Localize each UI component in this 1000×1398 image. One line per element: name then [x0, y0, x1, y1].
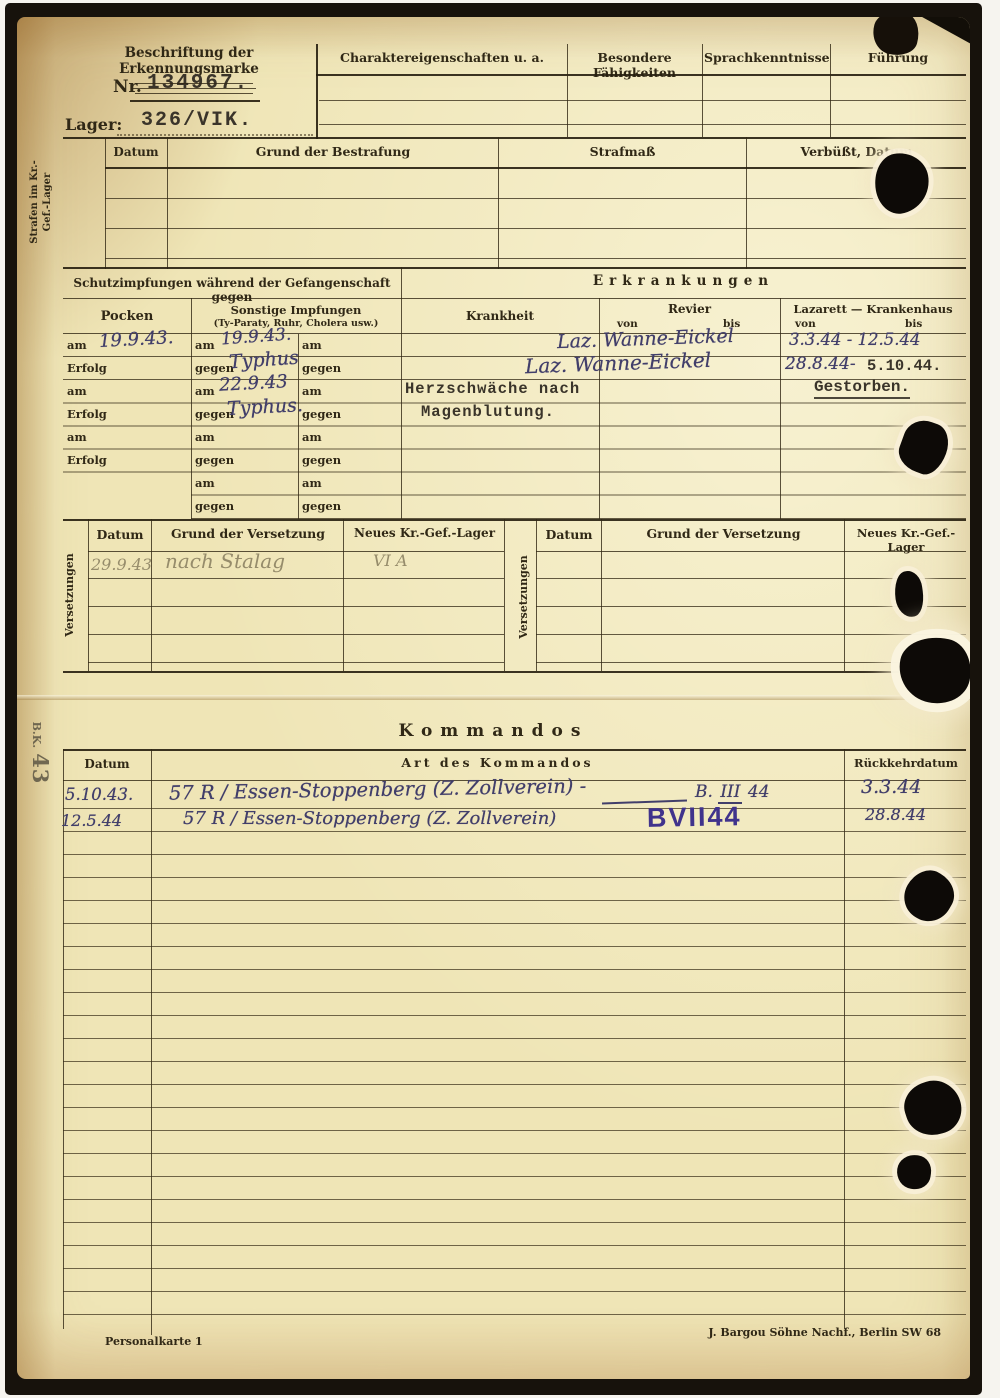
versetzung-neues-entry: VI A: [373, 551, 408, 570]
sonstige1-r5-label: am: [195, 430, 215, 444]
ruled-lines: [63, 786, 966, 1316]
lazarett-entry-2-hand: 28.8.44-: [785, 354, 856, 374]
sonstige2-r7-label: am: [302, 476, 322, 490]
sonstige2-r1-label: am: [302, 338, 322, 352]
lazarett-header: Lazarett — Krankenhaus: [780, 302, 966, 316]
versetzungen-left-grund-header: Grund der Versetzung: [153, 526, 343, 541]
table-border: [504, 519, 505, 671]
pocken-r4-label: Erfolg: [67, 407, 107, 421]
kommandos-art-header: Art des Kommandos: [153, 755, 842, 770]
versetzungen-left-side-label: Versetzungen: [63, 545, 83, 645]
column-divider: [567, 44, 568, 137]
pocken-r1-label: am: [67, 338, 87, 352]
kommandos-datum-header: Datum: [64, 757, 150, 771]
scanned-document: { "card": { "margin_stamp_small": "B.K."…: [0, 0, 1000, 1398]
dotted-line: [117, 117, 313, 136]
section-divider: [63, 519, 966, 521]
strike-line: [135, 83, 253, 84]
table-border: [316, 44, 318, 139]
krankheit-line1: Herzschwäche nach: [405, 380, 580, 398]
section-divider: [63, 267, 966, 269]
note-prefix: B.: [695, 782, 713, 802]
impfung-date-2: 22.9.43: [218, 371, 288, 396]
sonstige1-r3-label: am: [195, 384, 215, 398]
pocken-date-entry: 19.9.43.: [99, 327, 174, 352]
column-divider: [702, 44, 703, 137]
kommando-row1-note: B. III 44: [695, 782, 770, 802]
underline: [130, 100, 260, 102]
strafen-side-label: Strafen im Kr.-Gef.-Lager: [29, 147, 63, 257]
kommando-row2-art: 57 R / Essen-Stoppenberg (Z. Zollverein): [183, 808, 556, 829]
sonstige2-r3-label: am: [302, 384, 322, 398]
versetzung-grund-entry: nach Stalag: [165, 549, 285, 573]
lazarett-entry-1: 3.3.44 - 12.5.44: [789, 330, 921, 349]
strafen-strafmass-header: Strafmaß: [500, 144, 745, 159]
sonstige1-r7-label: am: [195, 476, 215, 490]
sonstige-subheader: (Ty-Paraty, Ruhr, Cholera usw.): [191, 318, 401, 329]
erkrankungen-title: Erkrankungen: [401, 273, 966, 289]
kommando-row1-rueckkehr: 3.3.44: [861, 776, 921, 798]
lazarett-von-label: von: [795, 318, 816, 330]
rule-line: [63, 298, 966, 299]
kommando-row2-rueckkehr: 28.8.44: [865, 805, 926, 824]
bvii44-stamp: BVII44: [647, 801, 742, 834]
krankheit-line2: Magenblutung.: [421, 403, 555, 421]
sonstige2-r6-label: gegen: [302, 453, 341, 467]
versetzungen-right-side-label: Versetzungen: [517, 547, 537, 647]
sonstige2-r2-label: gegen: [302, 361, 341, 375]
ruled-lines: [319, 77, 966, 127]
section-divider: [63, 671, 966, 673]
section-divider: [63, 137, 966, 139]
versetzungen-right-datum-header: Datum: [537, 527, 601, 542]
kommandos-rueckkehr-header: Rückkehrdatum: [846, 756, 966, 770]
versetzungen-left-neues-header: Neues Kr.-Gef.-Lager: [345, 526, 504, 540]
rule-line: [63, 749, 966, 751]
sonstige2-r8-label: gegen: [302, 499, 341, 513]
rule-line: [316, 74, 966, 76]
versetzungen-right-grund-header: Grund der Versetzung: [603, 526, 844, 541]
strafen-grund-header: Grund der Bestrafung: [169, 144, 497, 159]
fold-crease: [17, 695, 970, 700]
versetzungen-right-neues-header: Neues Kr.-Gef.-Lager: [846, 526, 966, 554]
note-suffix: 44: [748, 782, 770, 802]
kommandos-title: Kommandos: [17, 721, 970, 741]
margin-stamp: B.K. 43: [29, 703, 53, 803]
pocken-r3-label: am: [67, 384, 87, 398]
sonstige-header: Sonstige Impfungen: [191, 303, 401, 317]
lager-label: Lager:: [65, 115, 122, 134]
margin-stamp-number: 43: [28, 753, 53, 784]
ruled-lines: [105, 169, 966, 264]
pocken-header: Pocken: [63, 309, 191, 324]
sonstige1-r8-label: gegen: [195, 499, 234, 513]
card-paper: Beschriftung der Erkennungsmarke Nr. 134…: [17, 17, 970, 1379]
status-gestorben: Gestorben.: [814, 378, 910, 399]
strike-line: [132, 88, 256, 89]
traits-col1-header: Charaktereigenschaften u. a.: [319, 50, 565, 65]
footer-printer-imprint: J. Bargou Söhne Nachf., Berlin SW 68: [657, 1326, 941, 1339]
strike-line: [135, 93, 253, 94]
pocken-r5-label: am: [67, 430, 87, 444]
traits-col3-header: Sprachkenntnisse: [704, 50, 828, 65]
sonstige1-r1-label: am: [195, 338, 215, 352]
nr-label: Nr.: [113, 77, 142, 97]
strafen-verbuesst-header: Verbüßt, Datum: [748, 144, 965, 159]
revier-header: Revier: [599, 302, 780, 316]
sonstige2-r4-label: gegen: [302, 407, 341, 421]
footer-form-name: Personalkarte 1: [105, 1335, 203, 1348]
pocken-r2-label: Erfolg: [67, 361, 107, 375]
sonstige2-r5-label: am: [302, 430, 322, 444]
lazarett-bis-label: bis: [905, 318, 922, 330]
sonstige1-r6-label: gegen: [195, 453, 234, 467]
versetzung-datum-entry: 29.9.43: [91, 555, 152, 574]
pocken-r6-label: Erfolg: [67, 453, 107, 467]
impfungen-title: Schutzimpfungen während der Gefangenscha…: [67, 276, 397, 304]
column-divider: [830, 44, 831, 137]
strafen-datum-header: Datum: [106, 145, 166, 159]
kommando-row1-datum: 5.10.43.: [65, 785, 133, 804]
versetzungen-left-datum-header: Datum: [89, 527, 151, 542]
krankheit-header: Krankheit: [401, 309, 599, 323]
impfung-gegen-2: Typhus.: [226, 394, 303, 420]
lazarett-entry-2-typed: 5.10.44.: [867, 357, 941, 375]
kommando-row2-datum: 12.5.44: [61, 811, 122, 830]
